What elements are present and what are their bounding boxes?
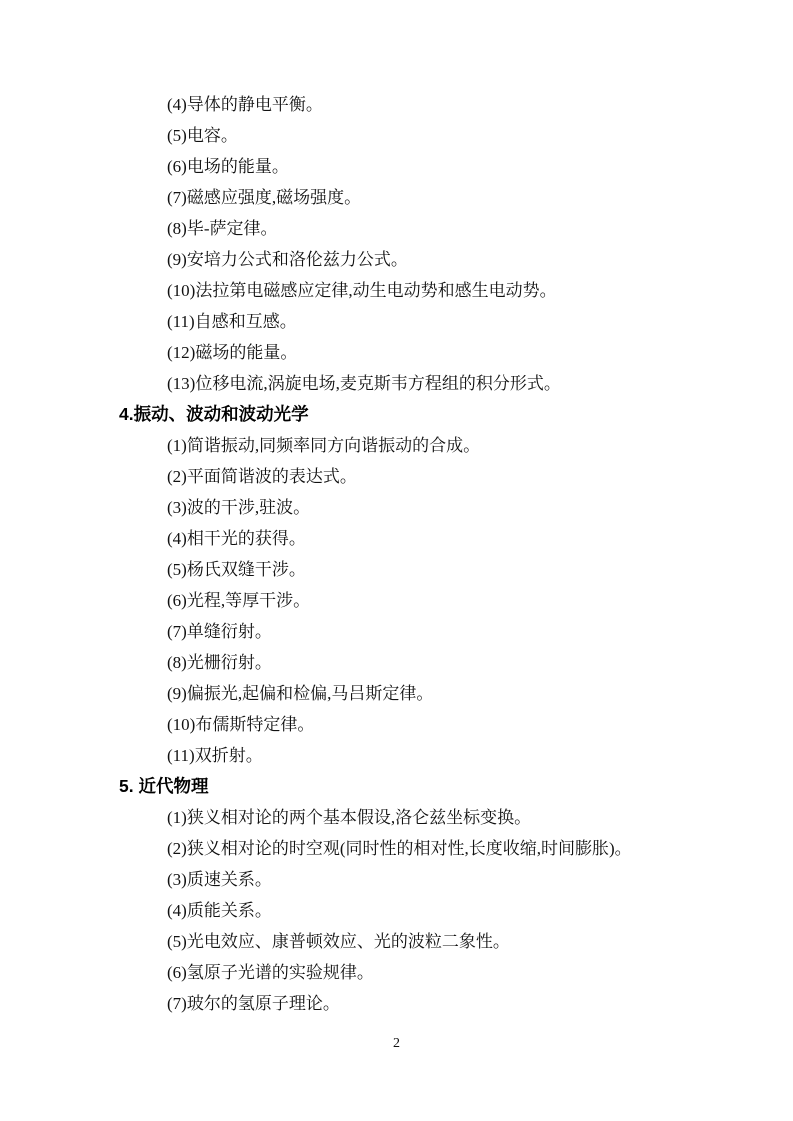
list-item: (3)波的干涉,驻波。 <box>0 492 793 523</box>
list-item: (3)质速关系。 <box>0 864 793 895</box>
list-item: (1)狭义相对论的两个基本假设,洛仑兹坐标变换。 <box>0 802 793 833</box>
list-item: (5)光电效应、康普顿效应、光的波粒二象性。 <box>0 926 793 957</box>
list-item: (10)布儒斯特定律。 <box>0 709 793 740</box>
list-item: (7)玻尔的氢原子理论。 <box>0 988 793 1019</box>
section-heading: 4.振动、波动和波动光学 <box>0 399 793 430</box>
list-item: (13)位移电流,涡旋电场,麦克斯韦方程组的积分形式。 <box>0 368 793 399</box>
section-heading: 5. 近代物理 <box>0 771 793 802</box>
list-item: (4)质能关系。 <box>0 895 793 926</box>
list-item: (2)平面简谐波的表达式。 <box>0 461 793 492</box>
list-item: (6)电场的能量。 <box>0 151 793 182</box>
list-item: (11)自感和互感。 <box>0 306 793 337</box>
document-page: (4)导体的静电平衡。 (5)电容。 (6)电场的能量。 (7)磁感应强度,磁场… <box>0 0 793 1121</box>
list-item: (9)偏振光,起偏和检偏,马吕斯定律。 <box>0 678 793 709</box>
list-item: (2)狭义相对论的时空观(同时性的相对性,长度收缩,时间膨胀)。 <box>0 833 793 864</box>
list-item: (6)氢原子光谱的实验规律。 <box>0 957 793 988</box>
list-item: (12)磁场的能量。 <box>0 337 793 368</box>
document-body: (4)导体的静电平衡。 (5)电容。 (6)电场的能量。 (7)磁感应强度,磁场… <box>0 89 793 1019</box>
list-item: (10)法拉第电磁感应定律,动生电动势和感生电动势。 <box>0 275 793 306</box>
list-item: (5)电容。 <box>0 120 793 151</box>
list-item: (9)安培力公式和洛伦兹力公式。 <box>0 244 793 275</box>
list-item: (8)毕-萨定律。 <box>0 213 793 244</box>
list-item: (6)光程,等厚干涉。 <box>0 585 793 616</box>
list-item: (1)简谐振动,同频率同方向谐振动的合成。 <box>0 430 793 461</box>
list-item: (5)杨氏双缝干涉。 <box>0 554 793 585</box>
list-item: (11)双折射。 <box>0 740 793 771</box>
page-number: 2 <box>0 1036 793 1052</box>
list-item: (7)单缝衍射。 <box>0 616 793 647</box>
list-item: (4)相干光的获得。 <box>0 523 793 554</box>
list-item: (8)光栅衍射。 <box>0 647 793 678</box>
list-item: (7)磁感应强度,磁场强度。 <box>0 182 793 213</box>
list-item: (4)导体的静电平衡。 <box>0 89 793 120</box>
